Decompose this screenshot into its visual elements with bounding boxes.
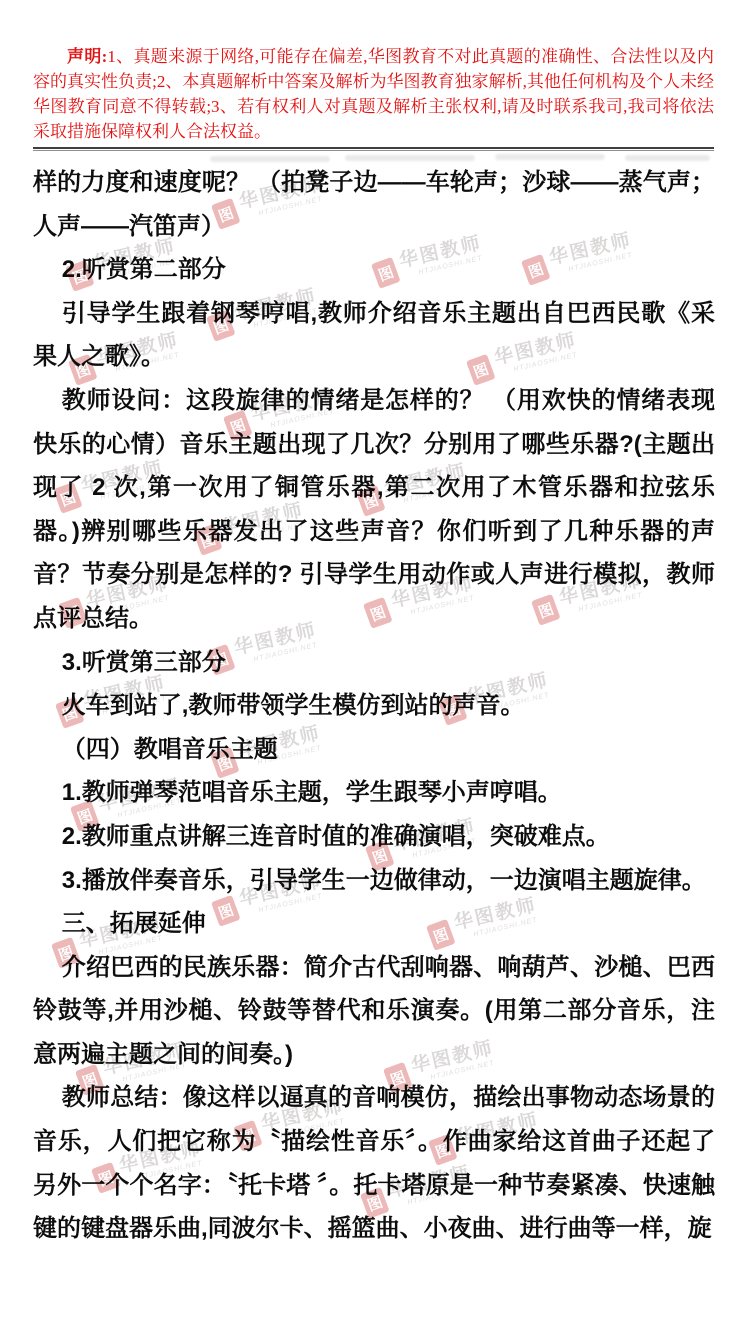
paragraph: 教师总结：像这样以逼真的音响模仿，描绘出事物动态场景的音乐，人们把它称为〝描绘性… [33, 1076, 715, 1250]
document-page: 图华图教师HTJIAOSHI.NET图华图教师HTJIAOSHI.NET图华图教… [0, 0, 748, 1335]
section-heading: 三、拓展延伸 [33, 902, 715, 946]
paragraph: 引导学生跟着钢琴哼唱,教师介绍音乐主题出自巴西民歌《采果人之歌》。 [33, 292, 715, 379]
paragraph: 介绍巴西的民族乐器：简介古代刮响器、响葫芦、沙槌、巴西铃鼓等,并用沙槌、铃鼓等替… [33, 946, 715, 1077]
paragraph: 教师设问：这段旋律的情绪是怎样的？ （用欢快的情绪表现快乐的心情）音乐主题出现了… [33, 379, 715, 641]
paragraph: 2.听赏第二部分 [33, 248, 715, 292]
disclaimer: 声明:1、真题来源于网络,可能存在偏差,华图教育不对此真题的准确性、合法性以及内… [33, 44, 714, 144]
paragraph: 3.听赏第三部分 [33, 641, 715, 685]
disclaimer-text: 1、真题来源于网络,可能存在偏差,华图教育不对此真题的准确性、合法性以及内容的真… [33, 47, 714, 141]
paragraph: 1.教师弹琴范唱音乐主题，学生跟琴小声哼唱。 [33, 771, 715, 815]
paragraph: 3.播放伴奏音乐，引导学生一边做律动，一边演唱主题旋律。 [33, 859, 715, 903]
paragraph: 样的力度和速度呢？ （拍凳子边——车轮声；沙球——蒸气声；人声——汽笛声） [33, 161, 715, 248]
separator-line [33, 147, 714, 151]
scan-artifact [495, 154, 605, 160]
paragraph: （四）教唱音乐主题 [33, 728, 715, 772]
paragraph: 2.教师重点讲解三连音时值的准确演唱，突破难点。 [33, 815, 715, 859]
disclaimer-label: 声明: [67, 47, 107, 66]
document-body: 样的力度和速度呢？ （拍凳子边——车轮声；沙球——蒸气声；人声——汽笛声）2.听… [33, 161, 715, 1251]
paragraph: 火车到站了,教师带领学生模仿到站的声音。 [33, 684, 715, 728]
